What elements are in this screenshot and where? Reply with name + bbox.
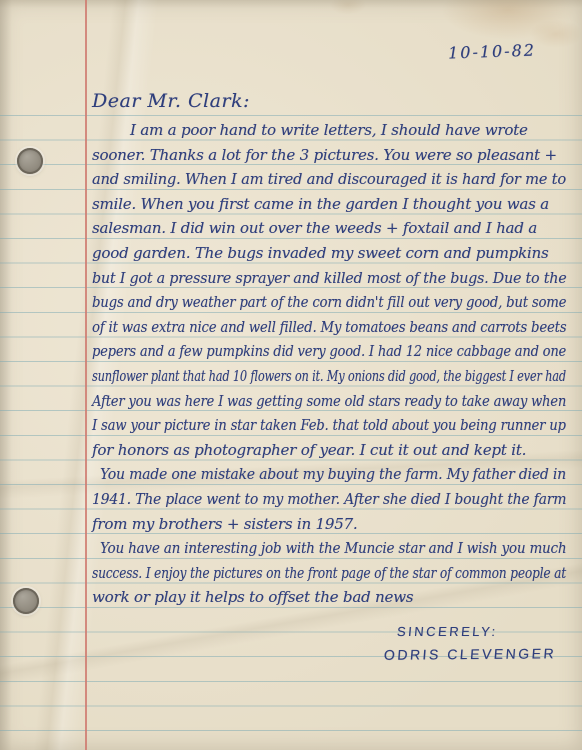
- letter-salutation: Dear Mr. Clark:: [92, 90, 250, 112]
- body-line-text: work or play it helps to offset the bad …: [92, 584, 413, 610]
- body-line-text: pepers and a few pumpkins did very good.…: [92, 338, 566, 364]
- body-line-text: 1941. The place went to my mother. After…: [92, 486, 566, 512]
- body-line-text: After you was here I was getting some ol…: [92, 388, 566, 414]
- letter-date: 10-10-82: [448, 40, 537, 62]
- body-line: I am a poor hand to write letters, I sho…: [92, 117, 566, 142]
- margin-line: [85, 0, 87, 750]
- body-line: You made one mistake about my buying the…: [92, 461, 566, 486]
- body-line: 1941. The place went to my mother. After…: [92, 486, 566, 511]
- body-line-text: from my brothers + sisters in 1957.: [92, 511, 357, 537]
- body-line: bugs and dry weather part of the corn di…: [92, 289, 566, 314]
- body-line-text: bugs and dry weather part of the corn di…: [92, 289, 566, 315]
- body-line: pepers and a few pumpkins did very good.…: [92, 338, 566, 363]
- letter-signature: ODRIS CLEVENGER: [383, 645, 556, 663]
- body-line: work or play it helps to offset the bad …: [92, 584, 566, 609]
- body-line: You have an interesting job with the Mun…: [92, 535, 566, 560]
- body-line-text: sooner. Thanks a lot for the 3 pictures.…: [92, 142, 557, 168]
- body-line: but I got a pressure sprayer and killed …: [92, 265, 566, 290]
- body-line: sooner. Thanks a lot for the 3 pictures.…: [92, 142, 566, 167]
- body-line-text: for honors as photographer of year. I cu…: [92, 437, 526, 463]
- body-line-text: but I got a pressure sprayer and killed …: [92, 265, 566, 291]
- body-line: After you was here I was getting some ol…: [92, 388, 566, 413]
- body-line: from my brothers + sisters in 1957.: [92, 511, 566, 536]
- hole-punch-bottom: [13, 588, 39, 614]
- body-line-text: good garden. The bugs invaded my sweet c…: [92, 240, 548, 266]
- body-line-text: success. I enjoy the pictures on the fro…: [92, 560, 566, 586]
- body-line-text: of it was extra nice and well filled. My…: [92, 314, 566, 340]
- letter-body: I am a poor hand to write letters, I sho…: [92, 117, 566, 609]
- body-line-text: I am a poor hand to write letters, I sho…: [130, 117, 528, 143]
- body-line-text: smile. When you first came in the garden…: [92, 191, 549, 217]
- body-line-text: salesman. I did win out over the weeds +…: [92, 215, 537, 241]
- body-line: sunflower plant that had 10 flowers on i…: [92, 363, 566, 388]
- body-line-text: You have an interesting job with the Mun…: [100, 535, 566, 561]
- body-line: for honors as photographer of year. I cu…: [92, 437, 566, 462]
- body-line: success. I enjoy the pictures on the fro…: [92, 560, 566, 585]
- letter-page: 10-10-82 Dear Mr. Clark: I am a poor han…: [0, 0, 582, 750]
- body-line: smile. When you first came in the garden…: [92, 191, 566, 216]
- body-line: of it was extra nice and well filled. My…: [92, 314, 566, 339]
- body-line-text: and smiling. When I am tired and discour…: [92, 166, 566, 192]
- letter-closing: SINCERELY:: [396, 624, 498, 639]
- body-line: salesman. I did win out over the weeds +…: [92, 215, 566, 240]
- hole-punch-top: [17, 148, 43, 174]
- body-line: and smiling. When I am tired and discour…: [92, 166, 566, 191]
- body-line: I saw your picture in star taken Feb. th…: [92, 412, 566, 437]
- body-line: good garden. The bugs invaded my sweet c…: [92, 240, 566, 265]
- body-line-text: You made one mistake about my buying the…: [100, 461, 566, 487]
- body-line-text: sunflower plant that had 10 flowers on i…: [92, 363, 566, 389]
- body-line-text: I saw your picture in star taken Feb. th…: [92, 412, 566, 438]
